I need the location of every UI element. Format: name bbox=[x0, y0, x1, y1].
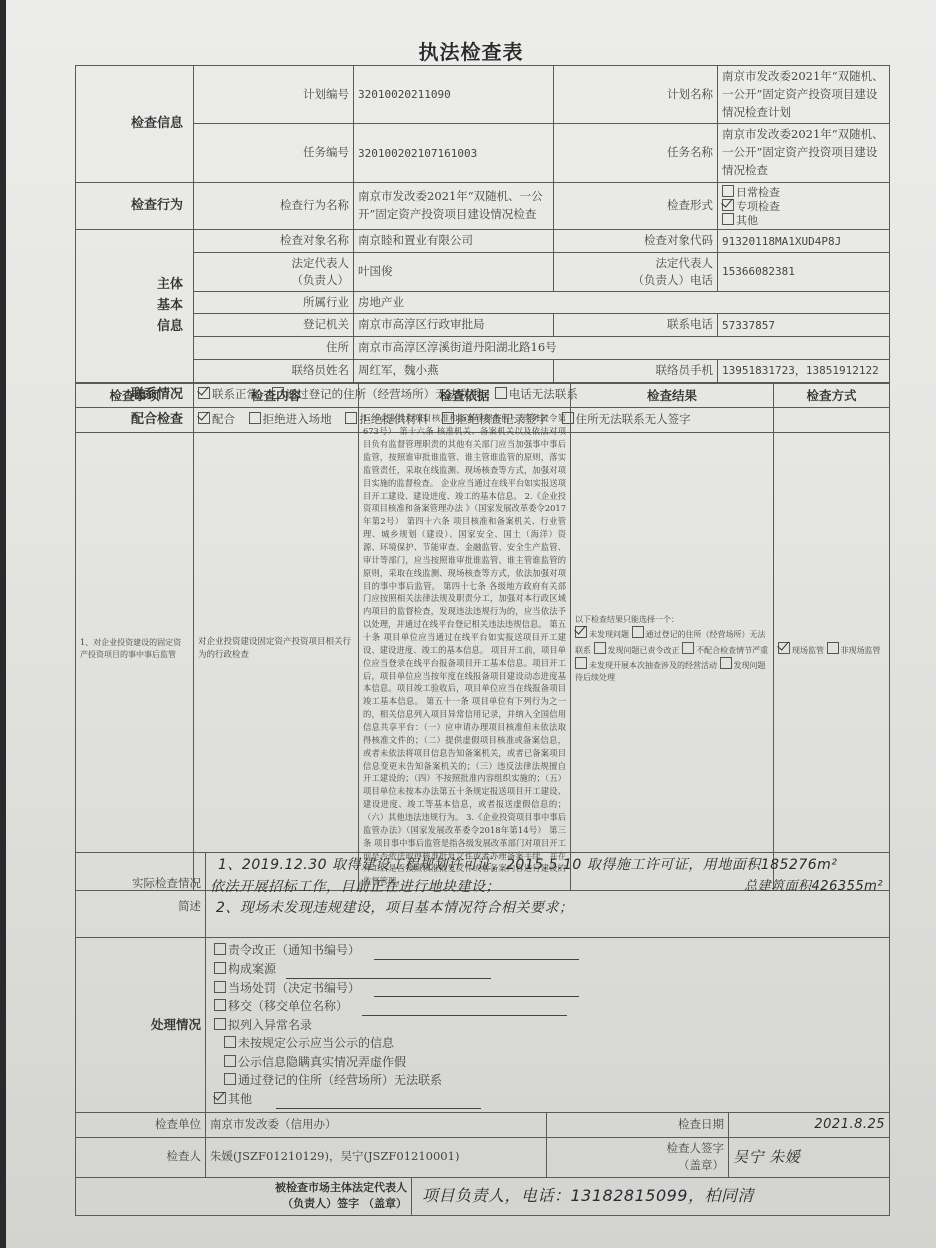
row-inspector: 检查人 朱媛(JSZF01210129)，吴宁(JSZF01210001) 检查… bbox=[76, 1138, 890, 1178]
form-title: 执法检查表 bbox=[6, 36, 936, 65]
legal-phone-label: 法定代表人 （负责人）电话 bbox=[554, 253, 718, 291]
industry-value: 房地产业 bbox=[354, 291, 890, 314]
inspection-date-label: 检查日期 bbox=[547, 1113, 729, 1138]
checkbox-checked[interactable] bbox=[575, 626, 587, 638]
liaison-mobile-label: 联络员手机 bbox=[554, 360, 718, 383]
checkbox[interactable] bbox=[224, 1036, 236, 1048]
check-table-header: 检查事项 检查内容 检查依据 检查结果 检查方式 bbox=[76, 384, 890, 408]
handling-option-other[interactable]: 其他 bbox=[214, 1090, 885, 1109]
checkbox[interactable] bbox=[722, 213, 734, 225]
method-option-onsite[interactable]: 现场监管 bbox=[778, 646, 824, 655]
address-value: 南京市高淳区淳溪街道丹阳湖北路16号 bbox=[354, 337, 890, 360]
check-items-table: 检查事项 检查内容 检查依据 检查结果 检查方式 1、对企业投资建设的固定资产投… bbox=[75, 383, 890, 891]
form-option-other[interactable]: 其他 bbox=[722, 213, 885, 227]
result-option-no-issue[interactable]: 未发现问题 bbox=[575, 630, 629, 639]
inspection-date-value: 2021.8.25 bbox=[729, 1113, 890, 1138]
industry-label: 所属行业 bbox=[194, 291, 354, 314]
handling-option-transfer[interactable]: 移交（移交单位名称） bbox=[214, 997, 885, 1016]
plan-name-value: 南京市发改委2021年“双随机、一公开”固定资产投资项目建设情况检查计划 bbox=[718, 66, 890, 124]
header-check-result: 检查结果 bbox=[571, 384, 774, 408]
checkbox[interactable] bbox=[214, 999, 226, 1011]
result-option-corrected[interactable]: 发现问题已责令改正 bbox=[594, 646, 680, 655]
registry-label: 登记机关 bbox=[194, 314, 354, 337]
legal-phone-value: 15366082381 bbox=[718, 253, 890, 291]
method-option-offsite[interactable]: 非现场监管 bbox=[827, 646, 881, 655]
inspection-unit-value: 南京市发改委（信用办） bbox=[206, 1113, 547, 1138]
legal-rep-value: 叶国俊 bbox=[354, 253, 554, 291]
transfer-unit-field[interactable] bbox=[362, 1004, 567, 1016]
object-name-label: 检查对象名称 bbox=[194, 230, 354, 253]
task-no-label: 任务编号 bbox=[194, 124, 354, 182]
object-code-label: 检查对象代码 bbox=[554, 230, 718, 253]
row-liaison: 联络员姓名 周红军，魏小燕 联络员手机 13951831723，13851912… bbox=[76, 360, 890, 383]
check-basis-cell: 1.《企业投资项目核准和备案管理条例》（国务院令第673号） 第十六条 核准机关… bbox=[359, 408, 571, 891]
header-check-method: 检查方式 bbox=[774, 384, 890, 408]
row-registry: 登记机关 南京市高淳区行政审批局 联系电话 57337857 bbox=[76, 314, 890, 337]
row-address: 住所 南京市高淳区淳溪街道丹阳湖北路16号 bbox=[76, 337, 890, 360]
result-option-no-activity[interactable]: 未发现开展本次抽查涉及的经营活动 bbox=[575, 661, 717, 670]
result-option-uncooperative[interactable]: 不配合检查情节严重 bbox=[682, 646, 768, 655]
registry-value: 南京市高淳区行政审批局 bbox=[354, 314, 554, 337]
checkbox[interactable] bbox=[224, 1055, 236, 1067]
row-plan: 检查信息 计划编号 32010020211090 计划名称 南京市发改委2021… bbox=[76, 66, 890, 124]
other-field[interactable] bbox=[276, 1097, 481, 1109]
inspector-sign-label: 检查人签字 （盖章） bbox=[547, 1138, 729, 1178]
form-option-special[interactable]: 专项检查 bbox=[722, 199, 885, 213]
action-name-value: 南京市发改委2021年“双随机、一公开”固定资产投资项目建设情况检查 bbox=[354, 182, 554, 230]
checkbox-checked[interactable] bbox=[722, 199, 734, 211]
handling-label: 处理情况 bbox=[76, 938, 206, 1113]
abnormal-sub-option-falsified[interactable]: 公示信息隐瞒真实情况弄虚作假 bbox=[214, 1053, 885, 1072]
actual-situation-label: 实际检查情况 简述 bbox=[76, 853, 206, 938]
section-subject-info: 主体 基本 信息 bbox=[76, 230, 194, 382]
object-name-value: 南京睦和置业有限公司 bbox=[354, 230, 554, 253]
handling-options: 责令改正（通知书编号） 构成案源 当场处罚（决定书编号） 移交（移交单位名称） … bbox=[206, 938, 890, 1113]
check-content-cell: 对企业投资建设固定资产投资项目相关行为的行政检查 bbox=[194, 408, 359, 891]
liaison-label: 联络员姓名 bbox=[194, 360, 354, 383]
inspector-value: 朱媛(JSZF01210129)，吴宁(JSZF01210001) bbox=[206, 1138, 547, 1178]
row-action: 检查行为 检查行为名称 南京市发改委2021年“双随机、一公开”固定资产投资项目… bbox=[76, 182, 890, 230]
abnormal-sub-option-unreachable[interactable]: 通过登记的住所（经营场所）无法联系 bbox=[214, 1071, 885, 1090]
object-code-value: 91320118MA1XUD4P8J bbox=[718, 230, 890, 253]
plan-name-label: 计划名称 bbox=[554, 66, 718, 124]
rep-sign-label: 被检查市场主体法定代表人 （负责人）签字 （盖章） bbox=[76, 1177, 412, 1215]
row-actual-situation: 实际检查情况 简述 1、2019.12.30 取得建设工程规划许可证，2015.… bbox=[76, 853, 890, 938]
inspection-unit-label: 检查单位 bbox=[76, 1113, 206, 1138]
inspector-signature: 吴宁 朱媛 bbox=[729, 1138, 890, 1178]
checkbox-checked[interactable] bbox=[778, 642, 790, 654]
checkbox[interactable] bbox=[224, 1073, 236, 1085]
row-rep-signature: 被检查市场主体法定代表人 （负责人）签字 （盖章） 项目负责人，电话：13182… bbox=[76, 1177, 890, 1215]
task-no-value: 320100202107161003 bbox=[354, 124, 554, 182]
inspection-form-label: 检查形式 bbox=[554, 182, 718, 230]
checkbox[interactable] bbox=[827, 642, 839, 654]
contact-phone-label: 联系电话 bbox=[554, 314, 718, 337]
plan-no-label: 计划编号 bbox=[194, 66, 354, 124]
decision-no-field[interactable] bbox=[374, 985, 579, 997]
checkbox[interactable] bbox=[720, 657, 732, 669]
task-name-value: 南京市发改委2021年“双随机、一公开”固定资产投资项目建设情况检查 bbox=[718, 124, 890, 182]
form-option-daily[interactable]: 日常检查 bbox=[722, 185, 885, 199]
checkbox[interactable] bbox=[214, 1018, 226, 1030]
section-inspection-action: 检查行为 bbox=[76, 182, 194, 230]
notice-no-field[interactable] bbox=[374, 948, 579, 960]
case-source-field[interactable] bbox=[286, 967, 491, 979]
lower-section-table: 实际检查情况 简述 1、2019.12.30 取得建设工程规划许可证，2015.… bbox=[75, 852, 890, 1216]
row-industry: 所属行业 房地产业 bbox=[76, 291, 890, 314]
check-item-cell: 1、对企业投资建设的固定资产投资项目的事中事后监管 bbox=[76, 408, 194, 891]
rep-signature: 项目负责人，电话：13182815099，柏同清 bbox=[412, 1177, 890, 1215]
check-table-row: 1、对企业投资建设的固定资产投资项目的事中事后监管 对企业投资建设固定资产投资项… bbox=[76, 408, 890, 891]
legal-rep-label: 法定代表人 （负责人） bbox=[194, 253, 354, 291]
abnormal-sub-option-unpublished[interactable]: 未按规定公示应当公示的信息 bbox=[214, 1034, 885, 1053]
row-legal-rep: 法定代表人 （负责人） 叶国俊 法定代表人 （负责人）电话 1536608238… bbox=[76, 253, 890, 291]
section-inspection-info: 检查信息 bbox=[76, 66, 194, 183]
checkbox[interactable] bbox=[682, 642, 694, 654]
checkbox[interactable] bbox=[214, 962, 226, 974]
inspection-form-options: 日常检查 专项检查 其他 bbox=[718, 182, 890, 230]
paper-sheet: 执法检查表 检查信息 计划编号 32010020211090 计划名称 南京市发… bbox=[6, 0, 936, 1248]
row-handling: 处理情况 责令改正（通知书编号） 构成案源 当场处罚（决定书编号） 移交（移交单… bbox=[76, 938, 890, 1113]
check-result-cell: 以下检查结果只能选择一个： 未发现问题 通过登记的住所（经营场所）无法联系 发现… bbox=[571, 408, 774, 891]
plan-no-value: 32010020211090 bbox=[354, 66, 554, 124]
row-task: 任务编号 320100202107161003 任务名称 南京市发改委2021年… bbox=[76, 124, 890, 182]
handling-option-abnormal-list[interactable]: 拟列入异常名录 bbox=[214, 1016, 885, 1035]
check-method-cell: 现场监管 非现场监管 bbox=[774, 408, 890, 891]
task-name-label: 任务名称 bbox=[554, 124, 718, 182]
header-check-content: 检查内容 bbox=[194, 384, 359, 408]
handling-option-case-source[interactable]: 构成案源 bbox=[214, 960, 885, 979]
inspector-label: 检查人 bbox=[76, 1138, 206, 1178]
handling-option-rectify[interactable]: 责令改正（通知书编号） bbox=[214, 941, 885, 960]
row-object: 主体 基本 信息 检查对象名称 南京睦和置业有限公司 检查对象代码 913201… bbox=[76, 230, 890, 253]
row-inspection-unit: 检查单位 南京市发改委（信用办） 检查日期 2021.8.25 bbox=[76, 1113, 890, 1138]
checkbox[interactable] bbox=[632, 626, 644, 638]
liaison-mobile-value: 13951831723，13851912122 bbox=[718, 360, 890, 383]
address-label: 住所 bbox=[194, 337, 354, 360]
action-name-label: 检查行为名称 bbox=[194, 182, 354, 230]
handling-option-onsite-penalty[interactable]: 当场处罚（决定书编号） bbox=[214, 979, 885, 998]
checkbox[interactable] bbox=[594, 642, 606, 654]
inspection-form-table: 检查信息 计划编号 32010020211090 计划名称 南京市发改委2021… bbox=[75, 65, 890, 433]
header-check-item: 检查事项 bbox=[76, 384, 194, 408]
contact-phone-value: 57337857 bbox=[718, 314, 890, 337]
actual-situation-handwriting: 1、2019.12.30 取得建设工程规划许可证，2015.5.10 取得施工许… bbox=[206, 853, 890, 938]
checkbox[interactable] bbox=[214, 981, 226, 993]
header-check-basis: 检查依据 bbox=[359, 384, 571, 408]
liaison-value: 周红军，魏小燕 bbox=[354, 360, 554, 383]
checkbox-checked[interactable] bbox=[214, 1092, 226, 1104]
checkbox[interactable] bbox=[575, 657, 587, 669]
checkbox[interactable] bbox=[214, 943, 226, 955]
